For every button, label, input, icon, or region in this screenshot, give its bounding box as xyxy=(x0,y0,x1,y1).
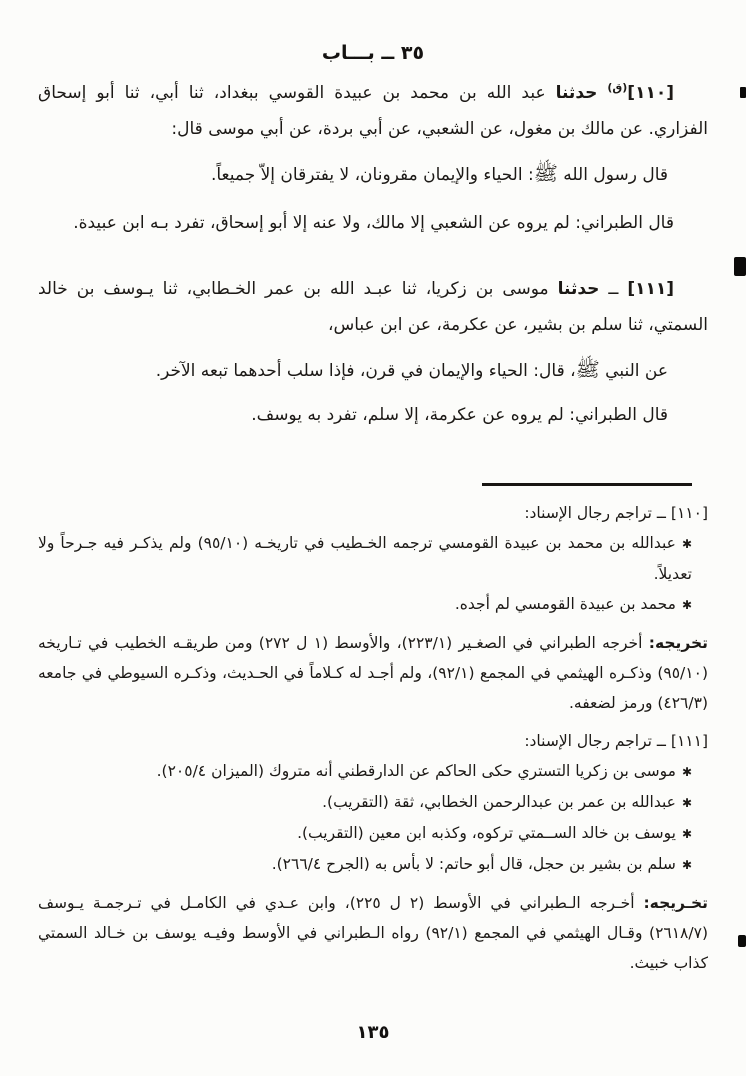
hadith-110-matn-text: : الحياء والإيمان مقرونان، لا يفترقان إل… xyxy=(211,165,534,185)
footnote-110-marker: [١١٠] ــ xyxy=(657,504,708,522)
book-page-scan: ٣٥ ــ بـــاب [١١٠](ق) حدثنا عبد الله بن … xyxy=(0,0,746,1076)
footnote-110-bullet-2: ✱محمد بن عبيدة القومسي لم أجده. xyxy=(38,589,708,620)
footnote-110-bullet-1-text: عبدالله بن محمد بن عبيدة القومسي ترجمه ا… xyxy=(38,534,692,583)
footnote-111-bullet-1: ✱موسى بن زكريا التستري حكى الحاكم عن الد… xyxy=(38,756,708,787)
takhrij-label: تخريجه: xyxy=(649,634,708,652)
footnote-111-bullet-2: ✱عبدالله بن عمر بن عبدالرحمن الخطابي، ثق… xyxy=(38,787,708,818)
asterisk-bullet-icon: ✱ xyxy=(682,537,692,551)
footnote-111-heading: [١١١] ــ تراجم رجال الإسناد: xyxy=(38,726,708,756)
footnote-110-bullet-2-text: محمد بن عبيدة القومسي لم أجده. xyxy=(455,595,676,613)
footnote-111-heading-text: تراجم رجال الإسناد: xyxy=(524,732,652,750)
asterisk-bullet-icon: ✱ xyxy=(682,827,692,841)
footnote-110-takhrij-text: أخرجه الطبراني في الصغـير (٢٢٣/١)، والأو… xyxy=(38,634,708,712)
footnote-110-heading: [١١٠] ــ تراجم رجال الإسناد: xyxy=(38,498,708,528)
asterisk-bullet-icon: ✱ xyxy=(682,765,692,779)
footnote-111-bullet-3-text: يوسف بن خالد الســمتي تركوه، وكذبه ابن م… xyxy=(297,824,676,842)
scan-artifact-mark xyxy=(738,935,746,947)
scan-artifact-mark xyxy=(734,257,746,276)
hadith-110-matn-intro: قال رسول الله xyxy=(563,165,668,185)
footnote-block-110: [١١٠] ــ تراجم رجال الإسناد: ✱عبدالله بن… xyxy=(38,498,708,718)
footnote-111-marker: [١١١] ــ xyxy=(657,732,708,750)
salla-allahu-alayhi-wa-sallam-symbol: ﷺ xyxy=(534,161,558,185)
footnote-110-heading-text: تراجم رجال الإسناد: xyxy=(524,504,652,522)
footnote-111-bullet-3: ✱يوسف بن خالد الســمتي تركوه، وكذبه ابن … xyxy=(38,818,708,849)
page-content: ٣٥ ــ بـــاب [١١٠](ق) حدثنا عبد الله بن … xyxy=(0,0,746,978)
hadith-111-matn-text: ، قال: الحياء والإيمان في قرن، فإذا سلب … xyxy=(156,361,576,381)
hadith-110-opening-word: حدثنا xyxy=(556,83,598,103)
hadith-111-tabarani-note: قال الطبراني: لم يروه عن عكرمة، إلا سلم،… xyxy=(38,397,708,433)
footnote-separator-rule xyxy=(482,483,692,486)
salla-allahu-alayhi-wa-sallam-symbol: ﷺ xyxy=(576,357,600,381)
footnote-111-takhrij: تخـريجه: أخـرجه الـطبراني في الأوسط (٢ ل… xyxy=(38,888,708,978)
hadith-111-matn-intro: عن النبي xyxy=(605,361,668,381)
scan-artifact-mark xyxy=(740,87,746,98)
footnote-110-bullet-1: ✱عبدالله بن محمد بن عبيدة القومسي ترجمه … xyxy=(38,528,708,589)
hadith-110-isnad: [١١٠](ق) حدثنا عبد الله بن محمد بن عبيدة… xyxy=(38,70,708,147)
hadith-110-number: [١١٠] xyxy=(627,83,674,103)
asterisk-bullet-icon: ✱ xyxy=(682,858,692,872)
hadith-110-source-mark: (ق) xyxy=(607,81,627,94)
footnote-111-takhrij-text: أخـرجه الـطبراني في الأوسط (٢ ل ٢٢٥)، وا… xyxy=(38,894,708,972)
hadith-111-opening-word: حدثنا xyxy=(558,279,600,299)
hadith-111-matn: عن النبي ﷺ، قال: الحياء والإيمان في قرن،… xyxy=(38,351,708,389)
hadith-110-tabarani-note: قال الطبراني: لم يروه عن الشعبي إلا مالك… xyxy=(38,205,708,241)
hadith-110-matn: قال رسول الله ﷺ: الحياء والإيمان مقرونان… xyxy=(38,155,708,193)
footnote-111-bullet-4-text: سلم بن بشير بن حجل، قال أبو حاتم: لا بأس… xyxy=(272,855,676,873)
page-number: ١٣٥ xyxy=(0,1022,746,1043)
chapter-heading: ٣٥ ــ بـــاب xyxy=(38,0,708,64)
asterisk-bullet-icon: ✱ xyxy=(682,598,692,612)
hadith-111-dash: ــ xyxy=(608,279,618,299)
footnote-110-takhrij: تخريجه: أخرجه الطبراني في الصغـير (٢٢٣/١… xyxy=(38,628,708,718)
footnote-111-bullet-4: ✱سلم بن بشير بن حجل، قال أبو حاتم: لا بأ… xyxy=(38,849,708,880)
footnote-block-111: [١١١] ــ تراجم رجال الإسناد: ✱موسى بن زك… xyxy=(38,726,708,978)
hadith-111-isnad: [١١١] ــ حدثنا موسى بن زكريا، ثنا عبـد ا… xyxy=(38,271,708,343)
takhrij-label: تخـريجه: xyxy=(643,894,708,912)
footnote-111-bullet-2-text: عبدالله بن عمر بن عبدالرحمن الخطابي، ثقة… xyxy=(322,793,676,811)
footnotes-section: [١١٠] ــ تراجم رجال الإسناد: ✱عبدالله بن… xyxy=(38,498,708,978)
hadith-111-number: [١١١] xyxy=(627,279,674,299)
asterisk-bullet-icon: ✱ xyxy=(682,796,692,810)
footnote-111-bullet-1-text: موسى بن زكريا التستري حكى الحاكم عن الدا… xyxy=(157,762,676,780)
